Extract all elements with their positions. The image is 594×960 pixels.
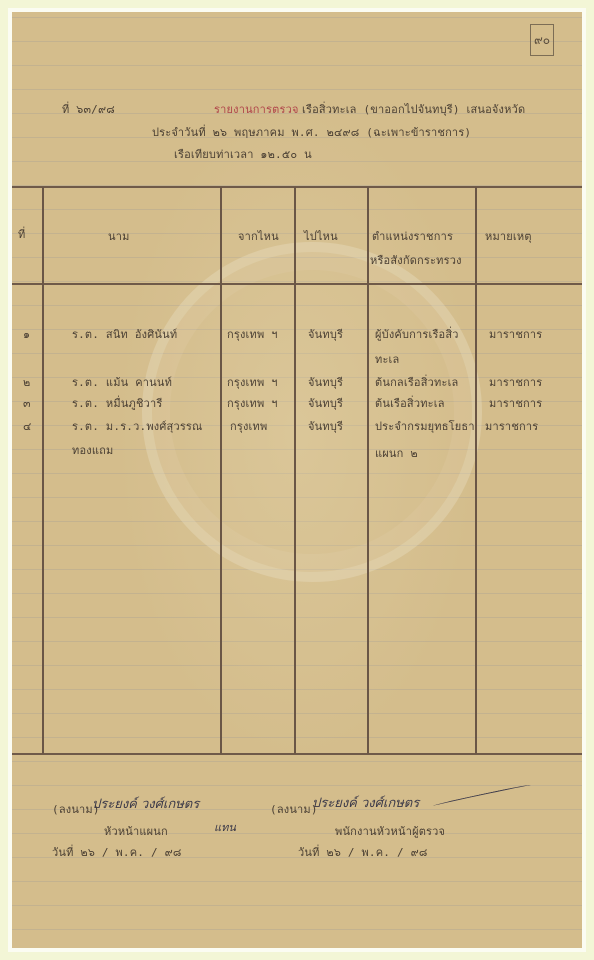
row-from: กรุงเทพ ฯ (227, 394, 278, 412)
row-no: ๒ (23, 373, 30, 391)
reference-number: ที่ ๖๓/๙๘ (62, 100, 115, 118)
row-name: ร.ต. หมื่นภูชิวารี (72, 394, 163, 412)
header-position-2: หรือสังกัดกระทรวง (370, 251, 462, 269)
row-to: จันทบุรี (308, 373, 343, 391)
row-position: ต้นเรือสิ่วทะเล (375, 394, 445, 412)
header-to: ไปไหน (304, 227, 338, 245)
row-position: ต้นกลเรือสิ่วทะเล (375, 373, 459, 391)
report-date-line: ประจำวันที่ ๒๖ พฤษภาคม พ.ศ. ๒๔๙๘ (ฉะเพาะ… (152, 123, 471, 141)
row-position-2: แผนก ๒ (375, 444, 418, 462)
header-remark: หมายเหตุ (485, 227, 532, 245)
column-divider (42, 187, 44, 754)
header-no: ที่ (18, 225, 25, 243)
row-position: ผู้บังคับการเรือสิ่ว (375, 325, 459, 343)
column-divider (367, 187, 369, 754)
signature-flourish (433, 784, 531, 808)
header-from: จากไหน (238, 227, 279, 245)
row-name: ร.ต. สนิท อังศินันท์ (72, 325, 177, 343)
report-title-red: รายงานการตรวจ (214, 100, 299, 118)
row-to: จันทบุรี (308, 417, 343, 435)
row-position: ประจำกรมยุทธโยธา (375, 417, 475, 435)
header-position: ตำแหน่งราชการ (372, 227, 453, 245)
role-left: หัวหน้าแผนก (104, 822, 168, 840)
header-name: นาม (108, 227, 130, 245)
row-name: ร.ต. ม.ร.ว.พงศ์สุวรรณ (72, 417, 202, 435)
date-right: วันที่ ๒๖ / พ.ค. / ๙๘ (298, 843, 428, 861)
row-to: จันทบุรี (308, 325, 343, 343)
signature-right: ประยงค์ วงศ์เกษตร (312, 792, 419, 813)
watermark-seal (142, 242, 482, 582)
signature-mark: แทน (214, 818, 236, 836)
column-divider (294, 187, 296, 754)
column-divider (475, 187, 477, 754)
date-left: วันที่ ๒๖ / พ.ค. / ๙๘ (52, 843, 182, 861)
row-no: ๔ (23, 417, 32, 435)
row-position-2: ทะเล (375, 350, 399, 368)
sign-label-right: (ลงนาม) (270, 800, 318, 818)
signature-left: ประยงค์ วงศ์เกษตร (92, 793, 199, 814)
table-top-rule (12, 186, 582, 188)
row-no: ๓ (23, 394, 31, 412)
row-from: กรุงเทพ ฯ (227, 373, 278, 391)
table-header-rule (12, 283, 582, 285)
row-name-2: ทองแถม (72, 441, 113, 459)
row-from: กรุงเทพ ฯ (227, 325, 278, 343)
page-number: ๙๐ (530, 24, 554, 56)
row-to: จันทบุรี (308, 394, 343, 412)
row-remark: มาราชการ (489, 373, 542, 391)
document-page: ๙๐ ที่ ๖๓/๙๘ รายงานการตรวจ เรือสิ่วทะเล … (12, 12, 582, 948)
table-bottom-rule (12, 753, 582, 755)
row-remark: มาราชการ (489, 325, 542, 343)
row-remark: มาราชการ (489, 394, 542, 412)
row-name: ร.ต. แม้น คานนท์ (72, 373, 172, 391)
row-remark: มาราชการ (485, 417, 538, 435)
report-title: เรือสิ่วทะเล (ขาออกไปจันทบุรี) เสนอจังหว… (302, 100, 525, 118)
report-time-line: เรือเทียบท่าเวลา ๑๒.๕๐ น (174, 145, 312, 163)
row-from: กรุงเทพ (230, 417, 267, 435)
row-no: ๑ (23, 325, 30, 343)
role-right: พนักงานหัวหน้าผู้ตรวจ (335, 822, 445, 840)
column-divider (220, 187, 222, 754)
